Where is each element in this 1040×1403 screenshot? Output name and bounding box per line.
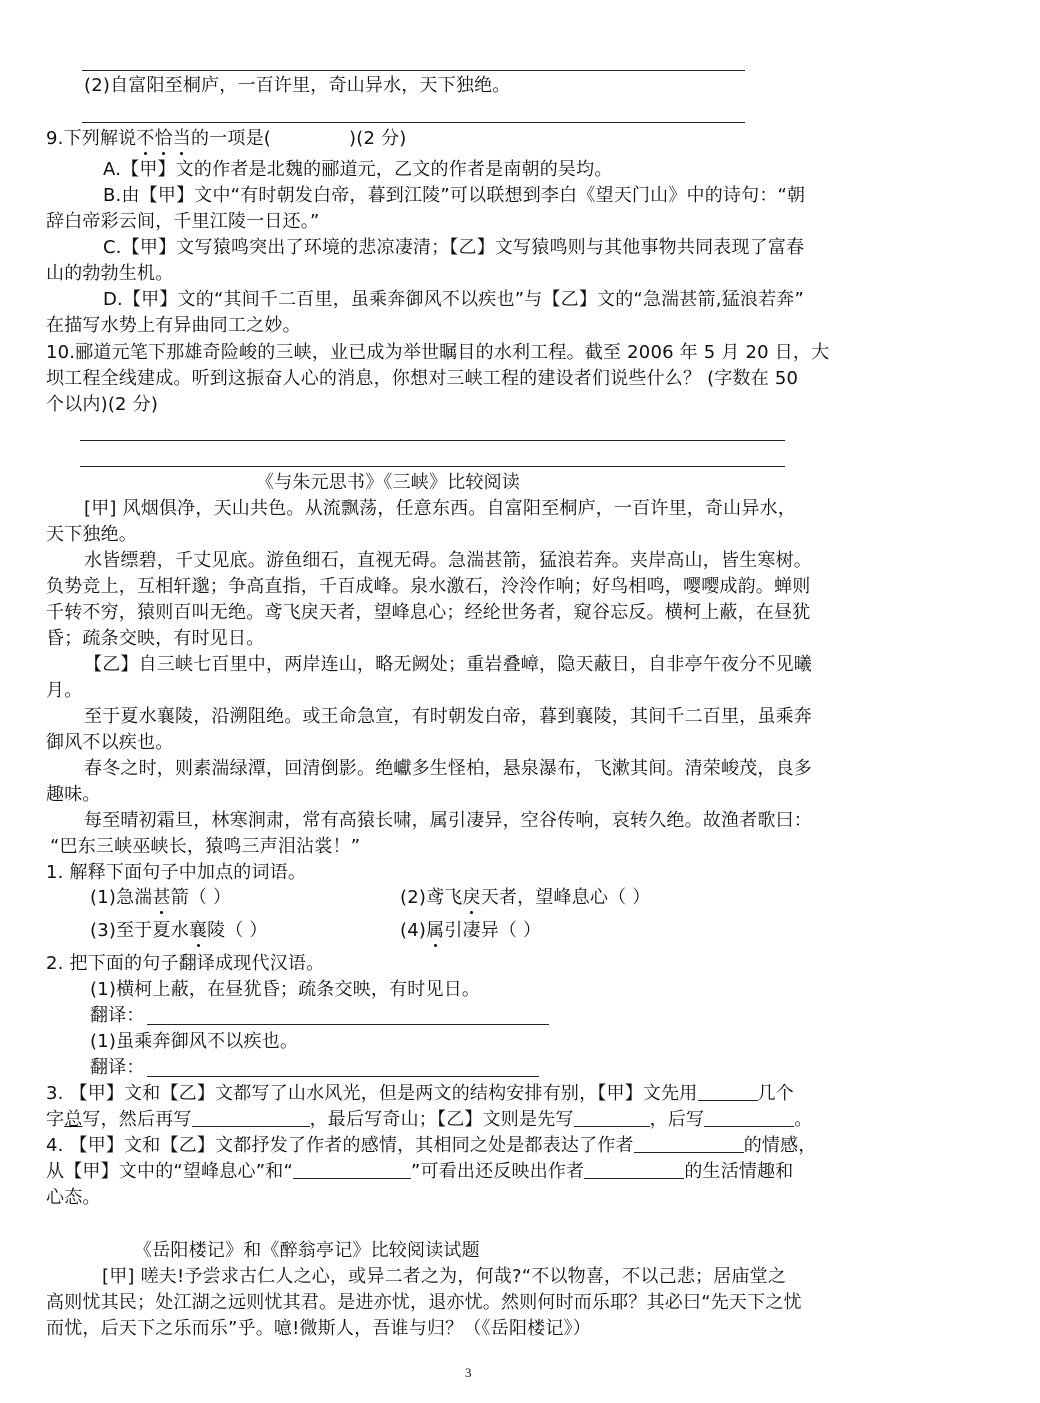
q9-option-c-cont: 山的勃勃生机。 <box>46 261 173 287</box>
passage-jia-p2: 水皆缥碧，千丈见底。游鱼细石，直视无碍。急湍甚箭，猛浪若奔。夹岸高山，皆生寒树。 <box>84 548 812 574</box>
fill-blank[interactable] <box>698 1082 758 1101</box>
section-title: 《与朱元思书》《三峡》比较阅读 <box>256 470 520 496</box>
fill-blank[interactable] <box>704 1108 794 1127</box>
passage-yi-p4: 每至晴初霜旦，林寒涧肃，常有高猿长啸，属引凄异，空谷传响，哀转久绝。故渔者歌曰： <box>84 808 812 834</box>
passage-yi-p4-cont: “巴东三峡巫峡长，猿鸣三声泪沾裳！” <box>50 834 360 860</box>
q9-option-d-cont: 在描写水势上有异曲同工之妙。 <box>46 313 301 339</box>
passage-jia-p2-cont: 负势竞上，互相轩邈；争高直指，千百成峰。泉水激石，泠泠作响；好鸟相鸣，嘤嘤成韵。… <box>46 574 810 600</box>
q2-translate-label-1: 翻译： <box>90 1003 145 1029</box>
q2-sentence-1: (1)横柯上蔽，在昼犹昏；疏条交映，有时见日。 <box>90 977 480 1003</box>
q2-translate-label-2: 翻译： <box>90 1055 145 1081</box>
q2-stem: 2. 把下面的句子翻译成现代汉语。 <box>46 951 324 977</box>
passage-yi-p2: 至于夏水襄陵，沿溯阻绝。或王命急宣，有时朝发白帝，暮到襄陵，其间千二百里，虽乘奔 <box>84 704 812 730</box>
translation-answer-line[interactable] <box>147 1024 549 1025</box>
passage-jia-p1-cont: 天下独绝。 <box>46 522 137 548</box>
translation-answer-line[interactable] <box>147 1076 539 1077</box>
passage-yi-p3-cont: 趣味。 <box>46 782 101 808</box>
passage-jia-p2-cont: 昏；疏条交映，有时见日。 <box>46 626 264 652</box>
q4-text: 4. 【甲】文和【乙】文都抒发了作者的感情，其相同之处是都表达了作者 <box>46 1135 634 1156</box>
q3-text: 3. 【甲】文和【乙】文都写了山水风光，但是两文的结构安排有别，【甲】文先用 <box>46 1083 698 1104</box>
q3-text: 写，然后再写 <box>82 1109 191 1130</box>
q1-item-text: (4) <box>400 920 426 941</box>
dotted-char: 属 <box>426 918 444 944</box>
exam-page: (2)自富阳至桐庐，一百许里，奇山异水，天下独绝。 9.下列解说不恰当的一项是(… <box>0 0 1040 1403</box>
q9-stem: 9.下列解说不恰当的一项是()(2 分) <box>46 126 406 152</box>
q3-text: ，后写 <box>650 1109 705 1130</box>
passage-jia-cont: 而忧，后天下之乐而乐”乎。噫!微斯人，吾谁与归？（《岳阳楼记》） <box>46 1316 591 1342</box>
q10-line-3: 个以内)(2 分) <box>46 392 158 418</box>
q1-answer-paren[interactable]: 天者，望峰息心（ ） <box>481 887 651 908</box>
q9-score: )(2 分) <box>349 128 406 149</box>
q1-answer-paren[interactable]: 箭（ ） <box>171 887 232 908</box>
fill-blank[interactable] <box>293 1160 411 1179</box>
q1-item-text: (1)急湍 <box>90 887 153 908</box>
passage-yi-p2-cont: 御风不以疾也。 <box>46 730 173 756</box>
answer-line[interactable] <box>80 440 785 441</box>
q4-line-2: 从【甲】文中的“望峰息心”和“”可看出还反映出作者的生活情趣和 <box>46 1159 794 1185</box>
q3-text: 。 <box>794 1109 812 1130</box>
passage-jia-p1: [甲] 风烟俱净，天山共色。从流飘荡，任意东西。自富阳至桐庐，一百许里，奇山异水… <box>84 496 796 522</box>
fill-blank[interactable] <box>192 1108 310 1127</box>
q4-line-3: 心态。 <box>46 1185 101 1211</box>
q3-text: 字 <box>46 1109 64 1130</box>
answer-line[interactable] <box>82 70 745 71</box>
passage-jia-p2-cont: 千转不穷，猿则百叫无绝。鸢飞戾天者，望峰息心；经纶世务者，窥谷忘反。横柯上蔽，在… <box>46 600 810 626</box>
dotted-char: 戾 <box>463 885 481 911</box>
q1-item-1: (1)急湍甚箭（ ） <box>90 885 231 911</box>
dotted-char: 襄 <box>189 918 207 944</box>
q3-text: 几个 <box>758 1083 794 1104</box>
q1-item-text: (3)至于夏水 <box>90 920 189 941</box>
q9-option-a: A.【甲】文的作者是北魏的郦道元，乙文的作者是南朝的吴均。 <box>103 157 613 183</box>
passage-yi-p1-cont: 月。 <box>46 678 82 704</box>
passage-yi-p1: 【乙】自三峡七百里中，两岸连山，略无阙处；重岩叠嶂，隐天蔽日，自非亭午夜分不见曦 <box>84 652 812 678</box>
prev-sentence-2: (2)自富阳至桐庐，一百许里，奇山异水，天下独绝。 <box>84 73 511 99</box>
answer-line[interactable] <box>82 122 745 123</box>
q3-text: ，最后写奇山；【乙】文则是先写 <box>310 1109 574 1130</box>
q9-option-b-cont: 辞白帝彩云间，千里江陵一日还。” <box>46 209 320 235</box>
q1-item-3: (3)至于夏水襄陵（ ） <box>90 918 268 944</box>
fill-blank[interactable] <box>574 1108 650 1127</box>
dotted-char: 当 <box>173 126 191 152</box>
q4-text: 从【甲】文中的“望峰息心”和“ <box>46 1161 293 1182</box>
q3-line-2: 字总写，然后再写，最后写奇山；【乙】文则是先写，后写。 <box>46 1107 812 1133</box>
dotted-char: 不 <box>136 126 154 152</box>
fill-blank[interactable] <box>634 1134 744 1153</box>
q10-line-1: 10.郦道元笔下那雄奇险峻的三峡，业已成为举世瞩目的水利工程。截至 2006 年… <box>46 340 829 366</box>
q1-answer-paren[interactable]: 陵（ ） <box>207 920 268 941</box>
section-title: 《岳阳楼记》和《醉翁亭记》比较阅读试题 <box>134 1238 480 1264</box>
q1-item-4: (4)属引凄异（ ） <box>400 918 541 944</box>
fill-blank[interactable] <box>584 1160 684 1179</box>
answer-line[interactable] <box>80 466 785 467</box>
q1-item-text: (2)鸢飞 <box>400 887 463 908</box>
q3-line-1: 3. 【甲】文和【乙】文都写了山水风光，但是两文的结构安排有别，【甲】文先用几个 <box>46 1081 794 1107</box>
q1-item-2: (2)鸢飞戾天者，望峰息心（ ） <box>400 885 650 911</box>
q2-sentence-2: (1)虽乘奔御风不以疾也。 <box>90 1029 298 1055</box>
q9-option-b: B.由【甲】文中“有时朝发白帝，暮到江陵”可以联想到李白《望天门山》中的诗句：“… <box>103 183 805 209</box>
q9-stem-text: 9.下列解说 <box>46 128 136 149</box>
q4-text: 的情感， <box>744 1135 817 1156</box>
passage-yi-p3: 春冬之时，则素湍绿潭，回清倒影。绝巘多生怪柏，悬泉瀑布，飞漱其间。清荣峻茂，良多 <box>84 756 812 782</box>
dotted-char: 甚 <box>153 885 171 911</box>
q4-text: 的生活情趣和 <box>684 1161 793 1182</box>
q10-line-2: 坝工程全线建成。听到这振奋人心的消息，你想对三峡工程的建设者们说些什么？ (字数… <box>46 366 798 392</box>
q9-option-d: D.【甲】文的“其间千二百里，虽乘奔御风不以疾也”与【乙】文的“急湍甚箭,猛浪若… <box>103 287 804 313</box>
q1-answer-paren[interactable]: 引凄异（ ） <box>444 920 541 941</box>
q4-text: ”可看出还反映出作者 <box>411 1161 584 1182</box>
passage-jia: [甲] 嗟夫!予尝求古仁人之心，或异二者之为，何哉?“不以物喜，不以己悲；居庙堂… <box>102 1264 786 1290</box>
q9-stem-text: 的一项是( <box>191 128 271 149</box>
page-number: 3 <box>465 1365 472 1381</box>
passage-jia-cont: 高则忧其民；处江湖之远则忧其君。是进亦忧，退亦忧。然则何时而乐耶？其必曰“先天下… <box>46 1290 802 1316</box>
dotted-char: 恰 <box>155 126 173 152</box>
q1-stem: 1. 解释下面句子中加点的词语。 <box>46 860 306 886</box>
q9-option-c: C.【甲】文写猿鸣突出了环境的悲凉凄清；【乙】文写猿鸣则与其他事物共同表现了富春 <box>103 235 804 261</box>
underlined-char: 总 <box>64 1109 82 1130</box>
q4-line-1: 4. 【甲】文和【乙】文都抒发了作者的感情，其相同之处是都表达了作者的情感， <box>46 1133 817 1159</box>
